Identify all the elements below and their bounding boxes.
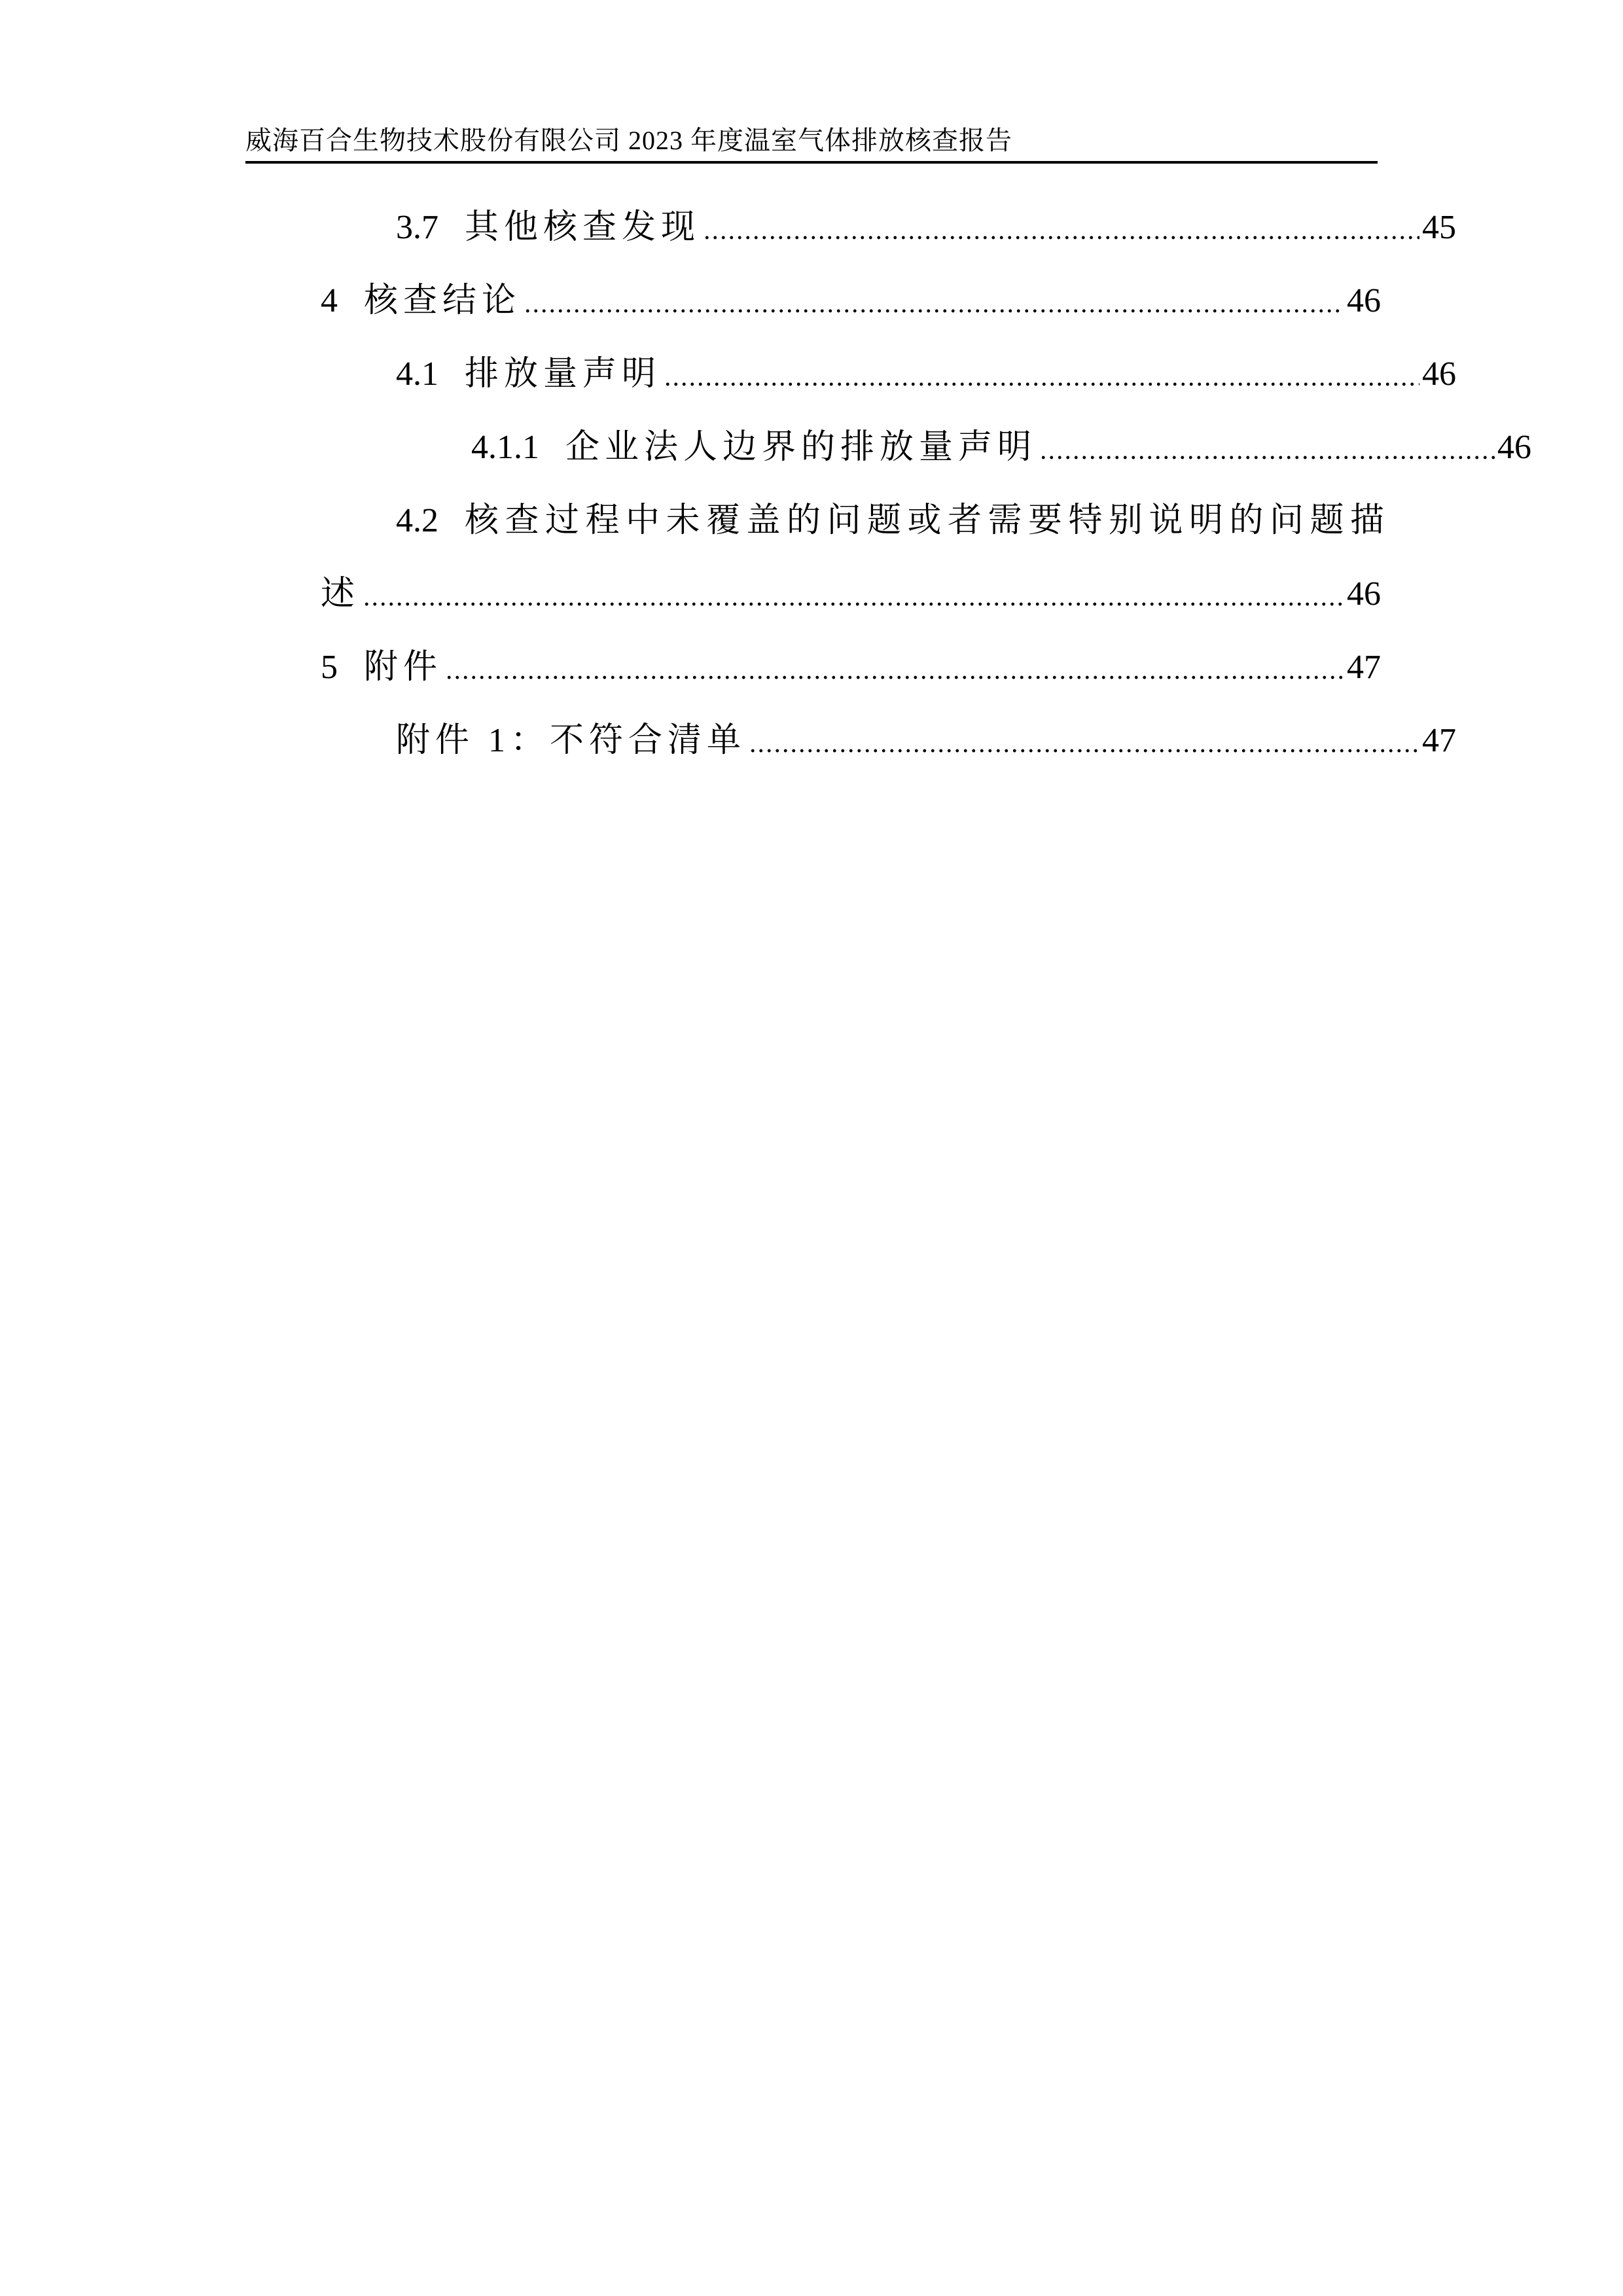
toc-entry-number: 3.7 (396, 207, 438, 249)
toc-entry-number: 4.1 (396, 353, 438, 395)
toc-entry-page: 46 (1497, 427, 1531, 469)
page-header: 威海百合生物技术股份有限公司 2023 年度温室气体排放核查报告 (245, 118, 1378, 164)
toc-entry-line-2: 述 46 (321, 563, 1381, 615)
dot-leader (445, 675, 1344, 679)
toc-entry-title-continued: 述 (321, 573, 360, 615)
toc-entry-title: 核查结论 (364, 280, 521, 322)
dot-leader (664, 382, 1419, 386)
dot-leader (703, 236, 1419, 240)
toc-entry-page: 45 (1422, 207, 1456, 249)
toc-entry-page: 47 (1422, 720, 1456, 762)
toc-entry-title: 其他核查发现 (465, 207, 700, 249)
toc-entry-4-1[interactable]: 4.1 排放量声明 46 (321, 343, 1456, 395)
header-title: 威海百合生物技术股份有限公司 2023 年度温室气体排放核查报告 (245, 120, 1012, 157)
toc-entry-title: 核查过程中未覆盖的问题或者需要特别说明的问题描 (465, 500, 1391, 542)
toc-entry-4-1-1[interactable]: 4.1.1 企业法人边界的排放量声明 46 (321, 416, 1531, 469)
toc-entry-3-7[interactable]: 3.7 其他核查发现 45 (321, 196, 1456, 249)
toc-entry-page: 46 (1347, 280, 1381, 322)
toc-entry-title: 附件 1：不符合清单 (396, 720, 746, 762)
toc-entry-title: 企业法人边界的排放量声明 (565, 427, 1037, 469)
toc-entry-appendix-1[interactable]: 附件 1：不符合清单 47 (321, 709, 1456, 762)
dot-leader (524, 309, 1344, 313)
toc-entry-number: 5 (321, 647, 338, 689)
toc-entry-page: 46 (1422, 353, 1456, 395)
toc-entry-page: 47 (1347, 647, 1381, 689)
toc-entry-title: 附件 (364, 647, 442, 689)
toc-entry-5[interactable]: 5 附件 47 (321, 636, 1381, 689)
toc-entry-4[interactable]: 4 核查结论 46 (321, 270, 1381, 322)
toc-entry-number: 4.2 (396, 500, 438, 542)
toc-entry-title: 排放量声明 (465, 353, 661, 395)
dot-leader (749, 749, 1419, 753)
toc-entry-line-1: 4.2 核查过程中未覆盖的问题或者需要特别说明的问题描 (321, 490, 1456, 542)
toc-entry-page: 46 (1347, 573, 1381, 615)
toc-entry-number: 4.1.1 (471, 427, 539, 469)
dot-leader (1039, 456, 1495, 459)
dot-leader (363, 602, 1344, 606)
toc-entry-number: 4 (321, 280, 338, 322)
